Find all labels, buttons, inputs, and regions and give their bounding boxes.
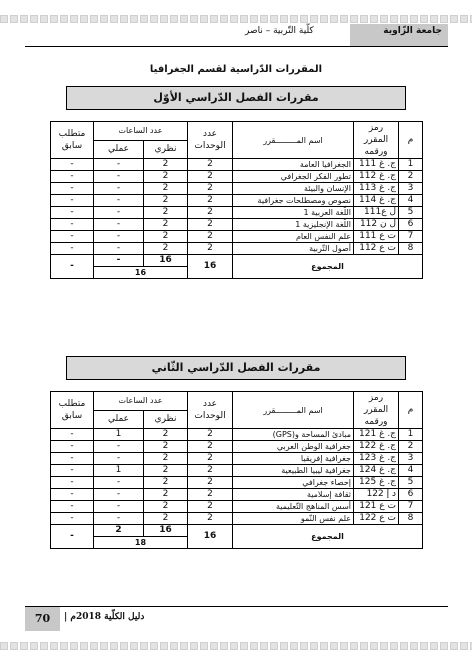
- cell-name: جغرافية الوطن العربي: [233, 441, 354, 453]
- cell-credits: 2: [188, 501, 233, 513]
- cell-credits: 2: [188, 219, 233, 231]
- total-label: المجموع: [233, 525, 423, 549]
- cell-num: 3: [399, 183, 423, 195]
- cell-code: ت ع 122: [354, 513, 399, 525]
- table-row: 2ج. غ 122جغرافية الوطن العربي22--: [51, 441, 423, 453]
- cell-name: تطور الفكر الجغرافي: [233, 171, 354, 183]
- cell-theory: 2: [144, 501, 188, 513]
- cell-code: ج. غ 114: [354, 195, 399, 207]
- cell-prereq: -: [51, 243, 94, 255]
- cell-prereq: -: [51, 513, 94, 525]
- table-row: 8ت ع 112أصول التّربية22--: [51, 243, 423, 255]
- cell-name: علم نفس النّمو: [233, 513, 354, 525]
- table-row: 5ل ع111اللّغة العربية 122--: [51, 207, 423, 219]
- cell-credits: 2: [188, 453, 233, 465]
- cell-credits: 2: [188, 159, 233, 171]
- cell-name: أصول التّربية: [233, 243, 354, 255]
- cell-prereq: -: [51, 195, 94, 207]
- total-hours: 16: [94, 267, 188, 279]
- col-practical: عملي: [94, 140, 144, 159]
- cell-credits: 2: [188, 207, 233, 219]
- cell-code: ج. غ 112: [354, 171, 399, 183]
- cell-prereq: -: [51, 231, 94, 243]
- cell-num: 2: [399, 441, 423, 453]
- col-credits: عدد الوحدات: [188, 392, 233, 429]
- cell-code: ج. غ 125: [354, 477, 399, 489]
- cell-num: 3: [399, 453, 423, 465]
- cell-code: ج. غ 113: [354, 183, 399, 195]
- table-header-row: مرمز المقرر ورقمهاسم المـــــــــقررعدد …: [51, 392, 423, 411]
- cell-name: جغرافية إفريقيا: [233, 453, 354, 465]
- cell-num: 5: [399, 207, 423, 219]
- cell-practical: -: [94, 453, 144, 465]
- cell-credits: 2: [188, 195, 233, 207]
- cell-theory: 2: [144, 159, 188, 171]
- cell-prereq: -: [51, 489, 94, 501]
- table-row: 7ت ع 111علم النفس العام22--: [51, 231, 423, 243]
- total-credits: 16: [188, 525, 233, 549]
- cell-credits: 2: [188, 441, 233, 453]
- table-row: 4ج. غ 114نصوص ومصطلحات جغرافية22--: [51, 195, 423, 207]
- cell-practical: -: [94, 195, 144, 207]
- col-name: اسم المـــــــــقرر: [233, 392, 354, 429]
- cell-theory: 2: [144, 183, 188, 195]
- cell-name: علم النفس العام: [233, 231, 354, 243]
- cell-name: الإنسان والبيئة: [233, 183, 354, 195]
- semester-2-title: مقررات الفصل الدّراسي الثّاني: [66, 356, 406, 380]
- cell-theory: 2: [144, 441, 188, 453]
- col-num: م: [399, 122, 423, 159]
- cell-code: ت ع 121: [354, 501, 399, 513]
- table-row: 6ل ن 112اللّغة الإنجليزية 122--: [51, 219, 423, 231]
- cell-prereq: -: [51, 207, 94, 219]
- total-practical: 2: [94, 525, 144, 537]
- semester-1-table: مرمز المقرر ورقمهاسم المـــــــــقررعدد …: [50, 121, 423, 279]
- col-code: رمز المقرر ورقمه: [354, 122, 399, 159]
- col-num: م: [399, 392, 423, 429]
- cell-num: 4: [399, 195, 423, 207]
- table-row: 3ج. غ 123جغرافية إفريقيا22--: [51, 453, 423, 465]
- cell-name: ثقافة إسلامية: [233, 489, 354, 501]
- cell-practical: -: [94, 513, 144, 525]
- table-row: 1ج. غ 121مبادئ المساحة و(GPS)221-: [51, 429, 423, 441]
- cell-prereq: -: [51, 219, 94, 231]
- cell-code: ت ع 111: [354, 231, 399, 243]
- cell-practical: -: [94, 441, 144, 453]
- cell-code: ل ع111: [354, 207, 399, 219]
- cell-num: 7: [399, 501, 423, 513]
- col-name: اسم المـــــــــقرر: [233, 122, 354, 159]
- cell-credits: 2: [188, 231, 233, 243]
- cell-credits: 2: [188, 171, 233, 183]
- cell-code: ج. غ 121: [354, 429, 399, 441]
- cell-practical: -: [94, 489, 144, 501]
- cell-theory: 2: [144, 489, 188, 501]
- cell-prereq: -: [51, 171, 94, 183]
- cell-theory: 2: [144, 243, 188, 255]
- table-row: 8ت ع 122علم نفس النّمو22--: [51, 513, 423, 525]
- cell-practical: 1: [94, 429, 144, 441]
- cell-num: 5: [399, 477, 423, 489]
- total-label: المجموع: [233, 255, 423, 279]
- cell-num: 8: [399, 513, 423, 525]
- total-hours: 18: [94, 537, 188, 549]
- cell-practical: 1: [94, 465, 144, 477]
- footer-text: دليل الكلّية 2018م |: [64, 612, 144, 622]
- footer-divider: [25, 606, 448, 607]
- cell-name: أسس المناهج التّعليمية: [233, 501, 354, 513]
- cell-prereq: -: [51, 501, 94, 513]
- cell-practical: -: [94, 231, 144, 243]
- cell-prereq: -: [51, 159, 94, 171]
- cell-theory: 2: [144, 513, 188, 525]
- cell-theory: 2: [144, 453, 188, 465]
- cell-num: 6: [399, 489, 423, 501]
- cell-theory: 2: [144, 477, 188, 489]
- cell-prereq: -: [51, 429, 94, 441]
- cell-num: 8: [399, 243, 423, 255]
- cell-name: إحصاء جغرافي: [233, 477, 354, 489]
- cell-num: 7: [399, 231, 423, 243]
- cell-practical: -: [94, 159, 144, 171]
- cell-theory: 2: [144, 219, 188, 231]
- col-practical: عملي: [94, 410, 144, 429]
- cell-theory: 2: [144, 231, 188, 243]
- cell-num: 1: [399, 429, 423, 441]
- col-hours: عدد الساعات: [94, 122, 188, 141]
- cell-num: 4: [399, 465, 423, 477]
- col-theory: نظري: [144, 410, 188, 429]
- total-row: المجموع1616--: [51, 255, 423, 267]
- total-prereq: -: [51, 255, 94, 279]
- page-number: 70: [25, 607, 60, 631]
- col-hours: عدد الساعات: [94, 392, 188, 411]
- cell-practical: -: [94, 183, 144, 195]
- cell-num: 1: [399, 159, 423, 171]
- university-name: جامعة الزّاوية: [383, 26, 442, 36]
- cell-credits: 2: [188, 477, 233, 489]
- cell-prereq: -: [51, 453, 94, 465]
- cell-code: ج. غ 122: [354, 441, 399, 453]
- cell-credits: 2: [188, 183, 233, 195]
- table-row: 5ج. غ 125إحصاء جغرافي22--: [51, 477, 423, 489]
- table-row: 7ت ع 121أسس المناهج التّعليمية22--: [51, 501, 423, 513]
- col-theory: نظري: [144, 140, 188, 159]
- cell-name: اللّغة العربية 1: [233, 207, 354, 219]
- cell-theory: 2: [144, 171, 188, 183]
- cell-credits: 2: [188, 513, 233, 525]
- cell-credits: 2: [188, 489, 233, 501]
- cell-practical: -: [94, 207, 144, 219]
- cell-practical: -: [94, 171, 144, 183]
- total-credits: 16: [188, 255, 233, 279]
- total-theory: 16: [144, 525, 188, 537]
- decorative-border-top: [0, 15, 472, 23]
- col-credits: عدد الوحدات: [188, 122, 233, 159]
- cell-name: الجغرافيا العامة: [233, 159, 354, 171]
- header-divider: [25, 46, 448, 47]
- cell-name: جغرافية ليبيا الطبيعية: [233, 465, 354, 477]
- cell-num: 6: [399, 219, 423, 231]
- cell-practical: -: [94, 243, 144, 255]
- semester-2-table: مرمز المقرر ورقمهاسم المـــــــــقررعدد …: [50, 391, 423, 549]
- total-theory: 16: [144, 255, 188, 267]
- total-prereq: -: [51, 525, 94, 549]
- total-row: المجموع16162-: [51, 525, 423, 537]
- cell-theory: 2: [144, 465, 188, 477]
- cell-code: د إ 122: [354, 489, 399, 501]
- cell-credits: 2: [188, 465, 233, 477]
- cell-practical: -: [94, 219, 144, 231]
- college-name: كلّية التّربية – ناصر: [245, 26, 314, 36]
- cell-credits: 2: [188, 429, 233, 441]
- cell-code: ج. غ 123: [354, 453, 399, 465]
- table-row: 3ج. غ 113الإنسان والبيئة22--: [51, 183, 423, 195]
- table-header-row: مرمز المقرر ورقمهاسم المـــــــــقررعدد …: [51, 122, 423, 141]
- table-row: 2ج. غ 112تطور الفكر الجغرافي22--: [51, 171, 423, 183]
- cell-code: ت ع 112: [354, 243, 399, 255]
- cell-prereq: -: [51, 477, 94, 489]
- col-prereq: متطلب سابق: [51, 122, 94, 159]
- col-code: رمز المقرر ورقمه: [354, 392, 399, 429]
- cell-prereq: -: [51, 183, 94, 195]
- cell-practical: -: [94, 501, 144, 513]
- table-row: 4ج. غ 124جغرافية ليبيا الطبيعية221-: [51, 465, 423, 477]
- cell-theory: 2: [144, 195, 188, 207]
- semester-1-title: مقررات الفصل الدّراسي الأوّل: [66, 86, 406, 110]
- cell-code: ج. غ 124: [354, 465, 399, 477]
- cell-name: اللّغة الإنجليزية 1: [233, 219, 354, 231]
- table-row: 1ج. غ 111الجغرافيا العامة22--: [51, 159, 423, 171]
- col-prereq: متطلب سابق: [51, 392, 94, 429]
- decorative-border-bottom: [0, 642, 472, 650]
- cell-theory: 2: [144, 429, 188, 441]
- cell-practical: -: [94, 477, 144, 489]
- cell-theory: 2: [144, 207, 188, 219]
- cell-code: ج. غ 111: [354, 159, 399, 171]
- cell-code: ل ن 112: [354, 219, 399, 231]
- cell-credits: 2: [188, 243, 233, 255]
- table-row: 6د إ 122ثقافة إسلامية22--: [51, 489, 423, 501]
- page-title: المقررات الدّراسية لقسم الجغرافيا: [0, 64, 472, 75]
- cell-prereq: -: [51, 465, 94, 477]
- cell-name: نصوص ومصطلحات جغرافية: [233, 195, 354, 207]
- total-practical: -: [94, 255, 144, 267]
- cell-name: مبادئ المساحة و(GPS): [233, 429, 354, 441]
- cell-prereq: -: [51, 441, 94, 453]
- cell-num: 2: [399, 171, 423, 183]
